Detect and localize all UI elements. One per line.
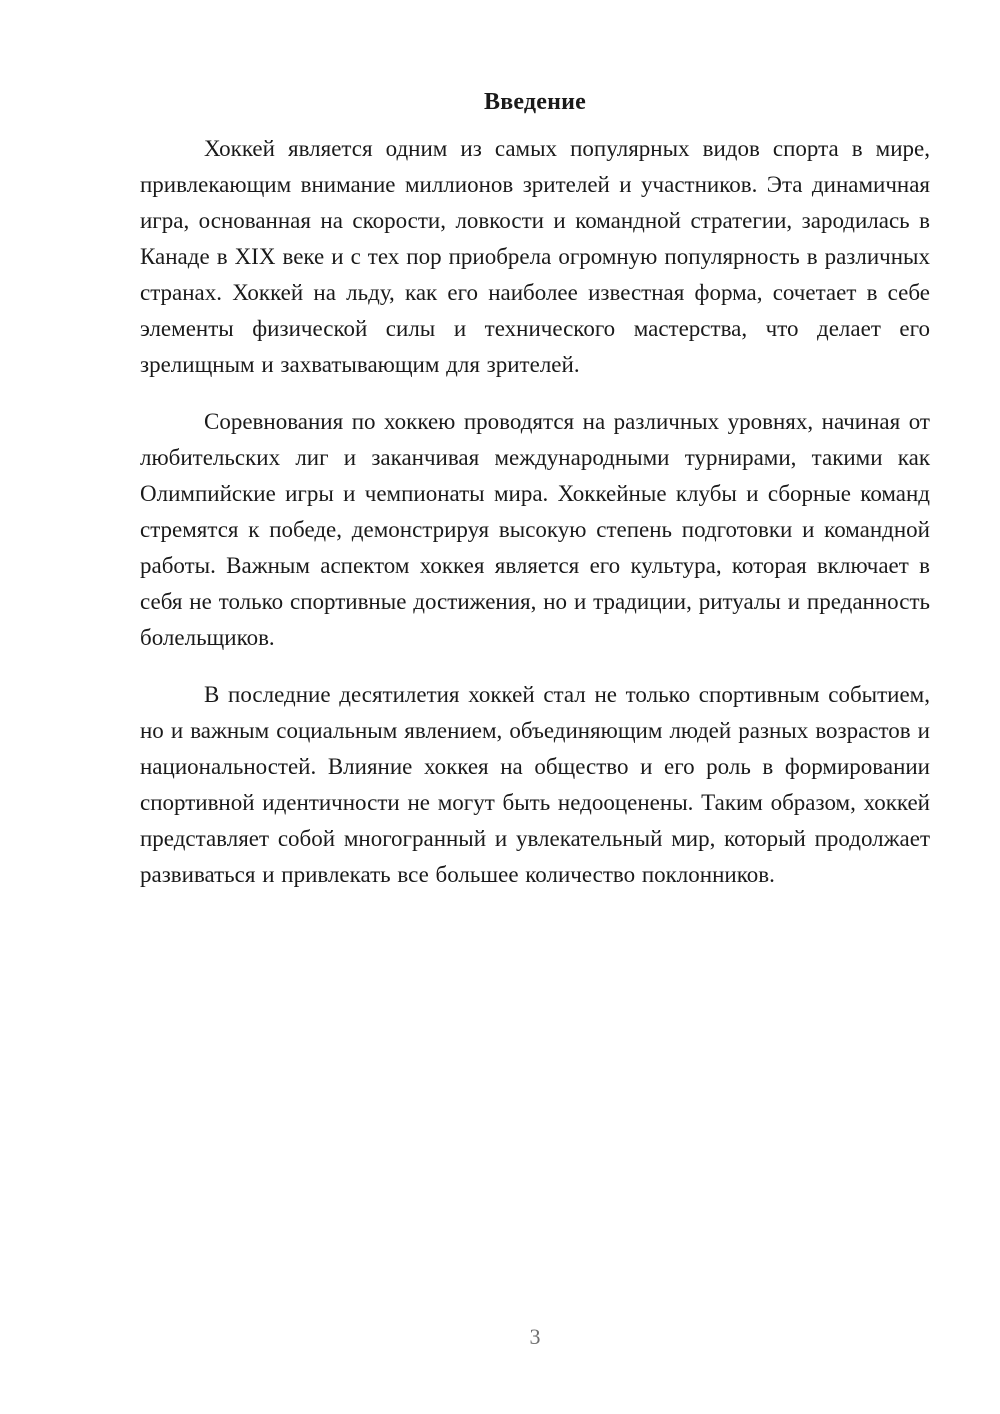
page-number: 3 (140, 1322, 930, 1352)
paragraph-1: Хоккей является одним из самых популярны… (140, 131, 930, 383)
paragraph-3: В последние десятилетия хоккей стал не т… (140, 677, 930, 893)
document-content: Введение Хоккей является одним из самых … (140, 86, 930, 914)
section-title: Введение (140, 86, 930, 118)
paragraph-2: Соревнования по хоккею проводятся на раз… (140, 404, 930, 656)
document-page: { "document": { "title": "Введение", "pa… (0, 0, 1000, 1414)
